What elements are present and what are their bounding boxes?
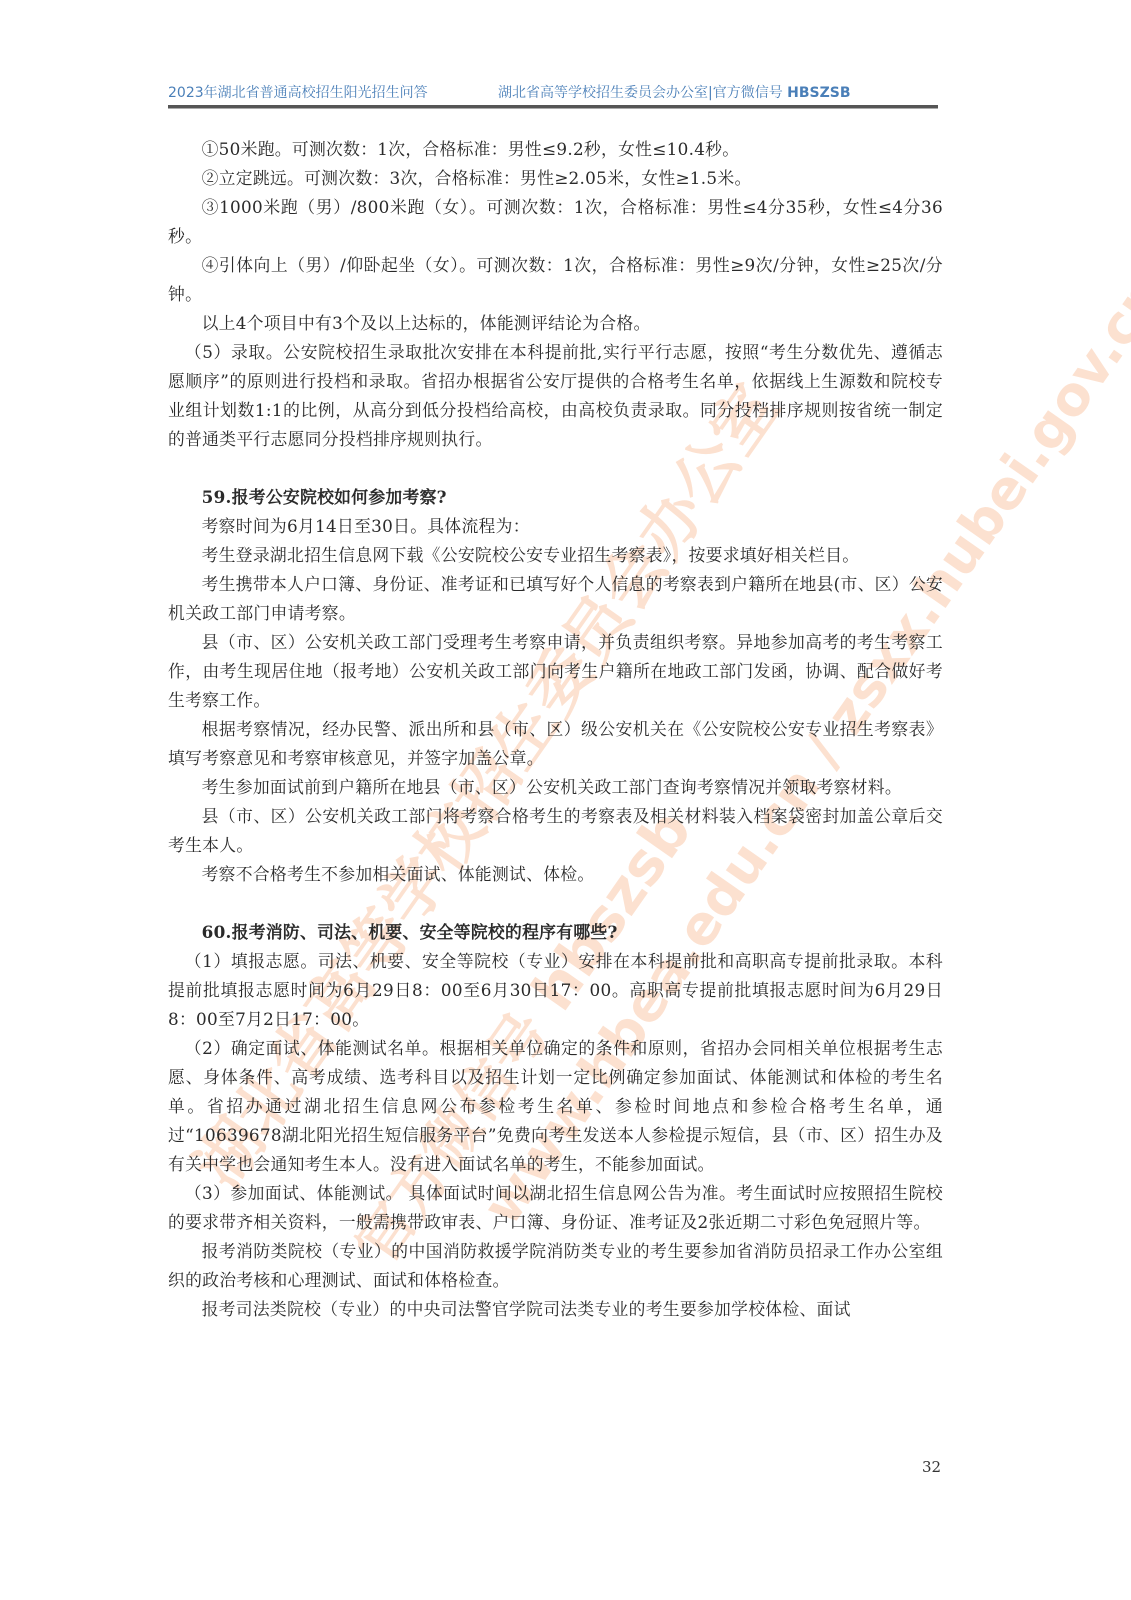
spacer (168, 454, 943, 483)
paragraph: ①50米跑。可测次数：1次，合格标准：男性≤9.2秒，女性≤10.4秒。 (168, 135, 943, 164)
paragraph: ④引体向上（男）/仰卧起坐（女）。可测次数：1次，合格标准：男性≥9次/分钟，女… (168, 251, 943, 309)
issuer-text: 湖北省高等学校招生委员会办公室|官方微信号 (498, 85, 787, 101)
paragraph: （5）录取。公安院校招生录取批次安排在本科提前批,实行平行志愿，按照“考生分数优… (168, 338, 943, 454)
paragraph: 考察时间为6月14日至30日。具体流程为： (168, 512, 943, 541)
paragraph: 报考司法类院校（专业）的中央司法警官学院司法类专业的考生要参加学校体检、面试 (168, 1295, 943, 1324)
paragraph: ③1000米跑（男）/800米跑（女）。可测次数：1次，合格标准：男性≤4分35… (168, 193, 943, 251)
document-title: 2023年湖北省普通高校招生阳光招生问答 (168, 82, 428, 102)
paragraph: 根据考察情况，经办民警、派出所和县（市、区）级公安机关在《公安院校公安专业招生考… (168, 715, 943, 773)
wechat-code: HBSZSB (787, 85, 850, 101)
paragraph: （1）填报志愿。司法、机要、安全等院校（专业）安排在本科提前批和高职高专提前批录… (168, 947, 943, 1034)
header-divider (168, 105, 938, 109)
paragraph: （3）参加面试、体能测试。 具体面试时间以湖北招生信息网公告为准。考生面试时应按… (168, 1179, 943, 1237)
paragraph: 以上4个项目中有3个及以上达标的，体能测评结论为合格。 (168, 309, 943, 338)
page-body: ①50米跑。可测次数：1次，合格标准：男性≤9.2秒，女性≤10.4秒。 ②立定… (168, 135, 943, 1324)
paragraph: 考生参加面试前到户籍所在地县（市、区）公安机关政工部门查询考察情况并领取考察材料… (168, 773, 943, 802)
page-header: 2023年湖北省普通高校招生阳光招生问答 湖北省高等学校招生委员会办公室|官方微… (168, 80, 938, 104)
spacer (168, 889, 943, 918)
issuer-title: 湖北省高等学校招生委员会办公室|官方微信号 HBSZSB (498, 82, 851, 102)
paragraph: 考生携带本人户口簿、身份证、准考证和已填写好个人信息的考察表到户籍所在地县(市、… (168, 570, 943, 628)
paragraph: （2）确定面试、体能测试名单。根据相关单位确定的条件和原则，省招办会同相关单位根… (168, 1034, 943, 1179)
question-60-heading: 60.报考消防、司法、机要、安全等院校的程序有哪些? (168, 918, 943, 947)
question-59-heading: 59.报考公安院校如何参加考察? (168, 483, 943, 512)
paragraph: 县（市、区）公安机关政工部门受理考生考察申请，并负责组织考察。异地参加高考的考生… (168, 628, 943, 715)
paragraph: 报考消防类院校（专业）的中国消防救援学院消防类专业的考生要参加省消防员招录工作办… (168, 1237, 943, 1295)
paragraph: 考察不合格考生不参加相关面试、体能测试、体检。 (168, 860, 943, 889)
paragraph: 考生登录湖北招生信息网下载《公安院校公安专业招生考察表》，按要求填好相关栏目。 (168, 541, 943, 570)
paragraph: 县（市、区）公安机关政工部门将考察合格考生的考察表及相关材料装入档案袋密封加盖公… (168, 802, 943, 860)
page-number: 32 (922, 1458, 941, 1476)
paragraph: ②立定跳远。可测次数：3次，合格标准：男性≥2.05米，女性≥1.5米。 (168, 164, 943, 193)
